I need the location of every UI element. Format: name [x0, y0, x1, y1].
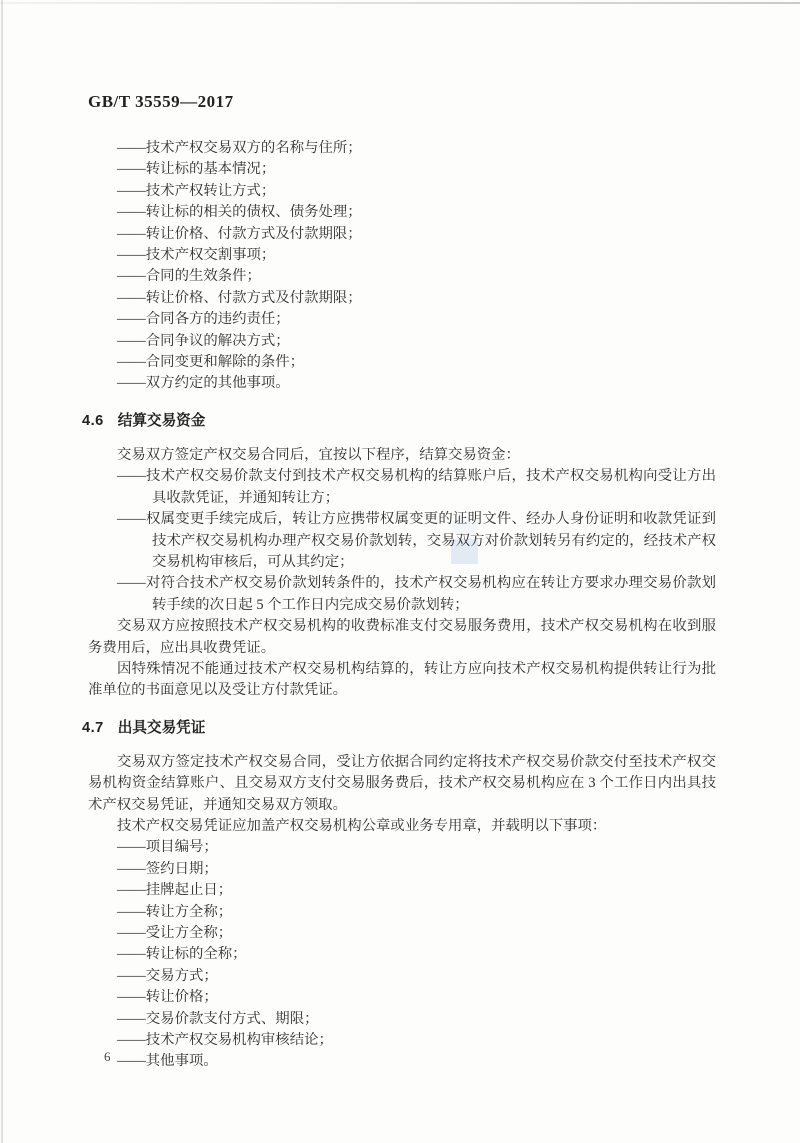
list-item: ——转让价格、付款方式及付款期限； [117, 224, 716, 245]
list-item: ——转让标的全称； [117, 944, 716, 965]
section-number: 4.6 [82, 413, 104, 429]
list-item: ——转让方全称； [117, 902, 716, 923]
certificate-items-list: ——项目编号； ——签约日期； ——挂牌起止日； ——转让方全称； ——受让方全… [88, 837, 716, 1072]
list-item: ——权属变更手续完成后，转让方应携带权属变更的证明文件、经办人身份证明和收款凭证… [88, 509, 716, 573]
list-item: ——交易方式； [117, 966, 716, 987]
list-item: ——合同各方的违约责任； [117, 309, 716, 330]
section-heading-4-6: 4.6结算交易资金 [82, 411, 716, 432]
list-item: ——项目编号； [117, 837, 716, 858]
list-item: ——受让方全称； [117, 923, 716, 944]
list-item: ——转让标的相关的债权、债务处理； [117, 202, 716, 223]
list-item: ——对符合技术产权交易价款划转条件的，技术产权交易机构应在转让方要求办理交易价款… [88, 573, 716, 616]
paragraph: 交易双方签定技术产权交易合同，受让方依据合同约定将技术产权交易价款交付至技术产权… [88, 752, 716, 816]
list-item: ——合同的生效条件； [117, 266, 716, 287]
scanned-standard-page: { "doc": { "standard_number": "GB/T 3555… [0, 0, 800, 1143]
list-item: ——签约日期； [117, 859, 716, 880]
list-item: ——其他事项。 [117, 1051, 716, 1072]
page-number: 6 [104, 1049, 111, 1065]
list-item: ——技术产权交易机构审核结论； [117, 1030, 716, 1051]
list-item: ——合同争议的解决方式； [117, 331, 716, 352]
settlement-steps-list: ——技术产权交易价款支付到技术产权交易机构的结算账户后，技术产权交易机构向受让方… [88, 466, 716, 616]
list-item: ——双方约定的其他事项。 [117, 373, 716, 394]
section-heading-4-7: 4.7出具交易凭证 [82, 718, 716, 739]
section-title: 出具交易凭证 [118, 720, 206, 736]
list-item: ——技术产权转让方式； [117, 181, 716, 202]
list-item: ——转让价格； [117, 987, 716, 1008]
contract-items-list: ——技术产权交易双方的名称与住所； ——转让标的基本情况； ——技术产权转让方式… [88, 138, 716, 395]
list-item: ——合同变更和解除的条件； [117, 352, 716, 373]
paragraph: 因特殊情况不能通过技术产权交易机构结算的，转让方应向技术产权交易机构提供转让行为… [88, 659, 716, 702]
paragraph: 交易双方应按照技术产权交易机构的收费标准支付交易服务费用，技术产权交易机构在收到… [88, 616, 716, 659]
page-content: GB/T 35559—2017 ——技术产权交易双方的名称与住所； ——转让标的… [88, 92, 716, 1073]
list-item: ——技术产权交割事项； [117, 245, 716, 266]
scan-edge-top [0, 2, 800, 4]
section-title: 结算交易资金 [118, 413, 206, 429]
list-item: ——技术产权交易价款支付到技术产权交易机构的结算账户后，技术产权交易机构向受让方… [88, 466, 716, 509]
list-item: ——挂牌起止日； [117, 880, 716, 901]
list-item: ——转让价格、付款方式及付款期限； [117, 288, 716, 309]
paragraph: 交易双方签定产权交易合同后，宜按以下程序，结算交易资金： [88, 445, 716, 466]
scan-edge-left [1, 0, 3, 1143]
list-item: ——交易价款支付方式、期限； [117, 1009, 716, 1030]
standard-number: GB/T 35559—2017 [88, 92, 716, 112]
paragraph: 技术产权交易凭证应加盖产权交易机构公章或业务专用章，并载明以下事项： [88, 816, 716, 837]
section-number: 4.7 [82, 720, 104, 736]
list-item: ——技术产权交易双方的名称与住所； [117, 138, 716, 159]
list-item: ——转让标的基本情况； [117, 159, 716, 180]
